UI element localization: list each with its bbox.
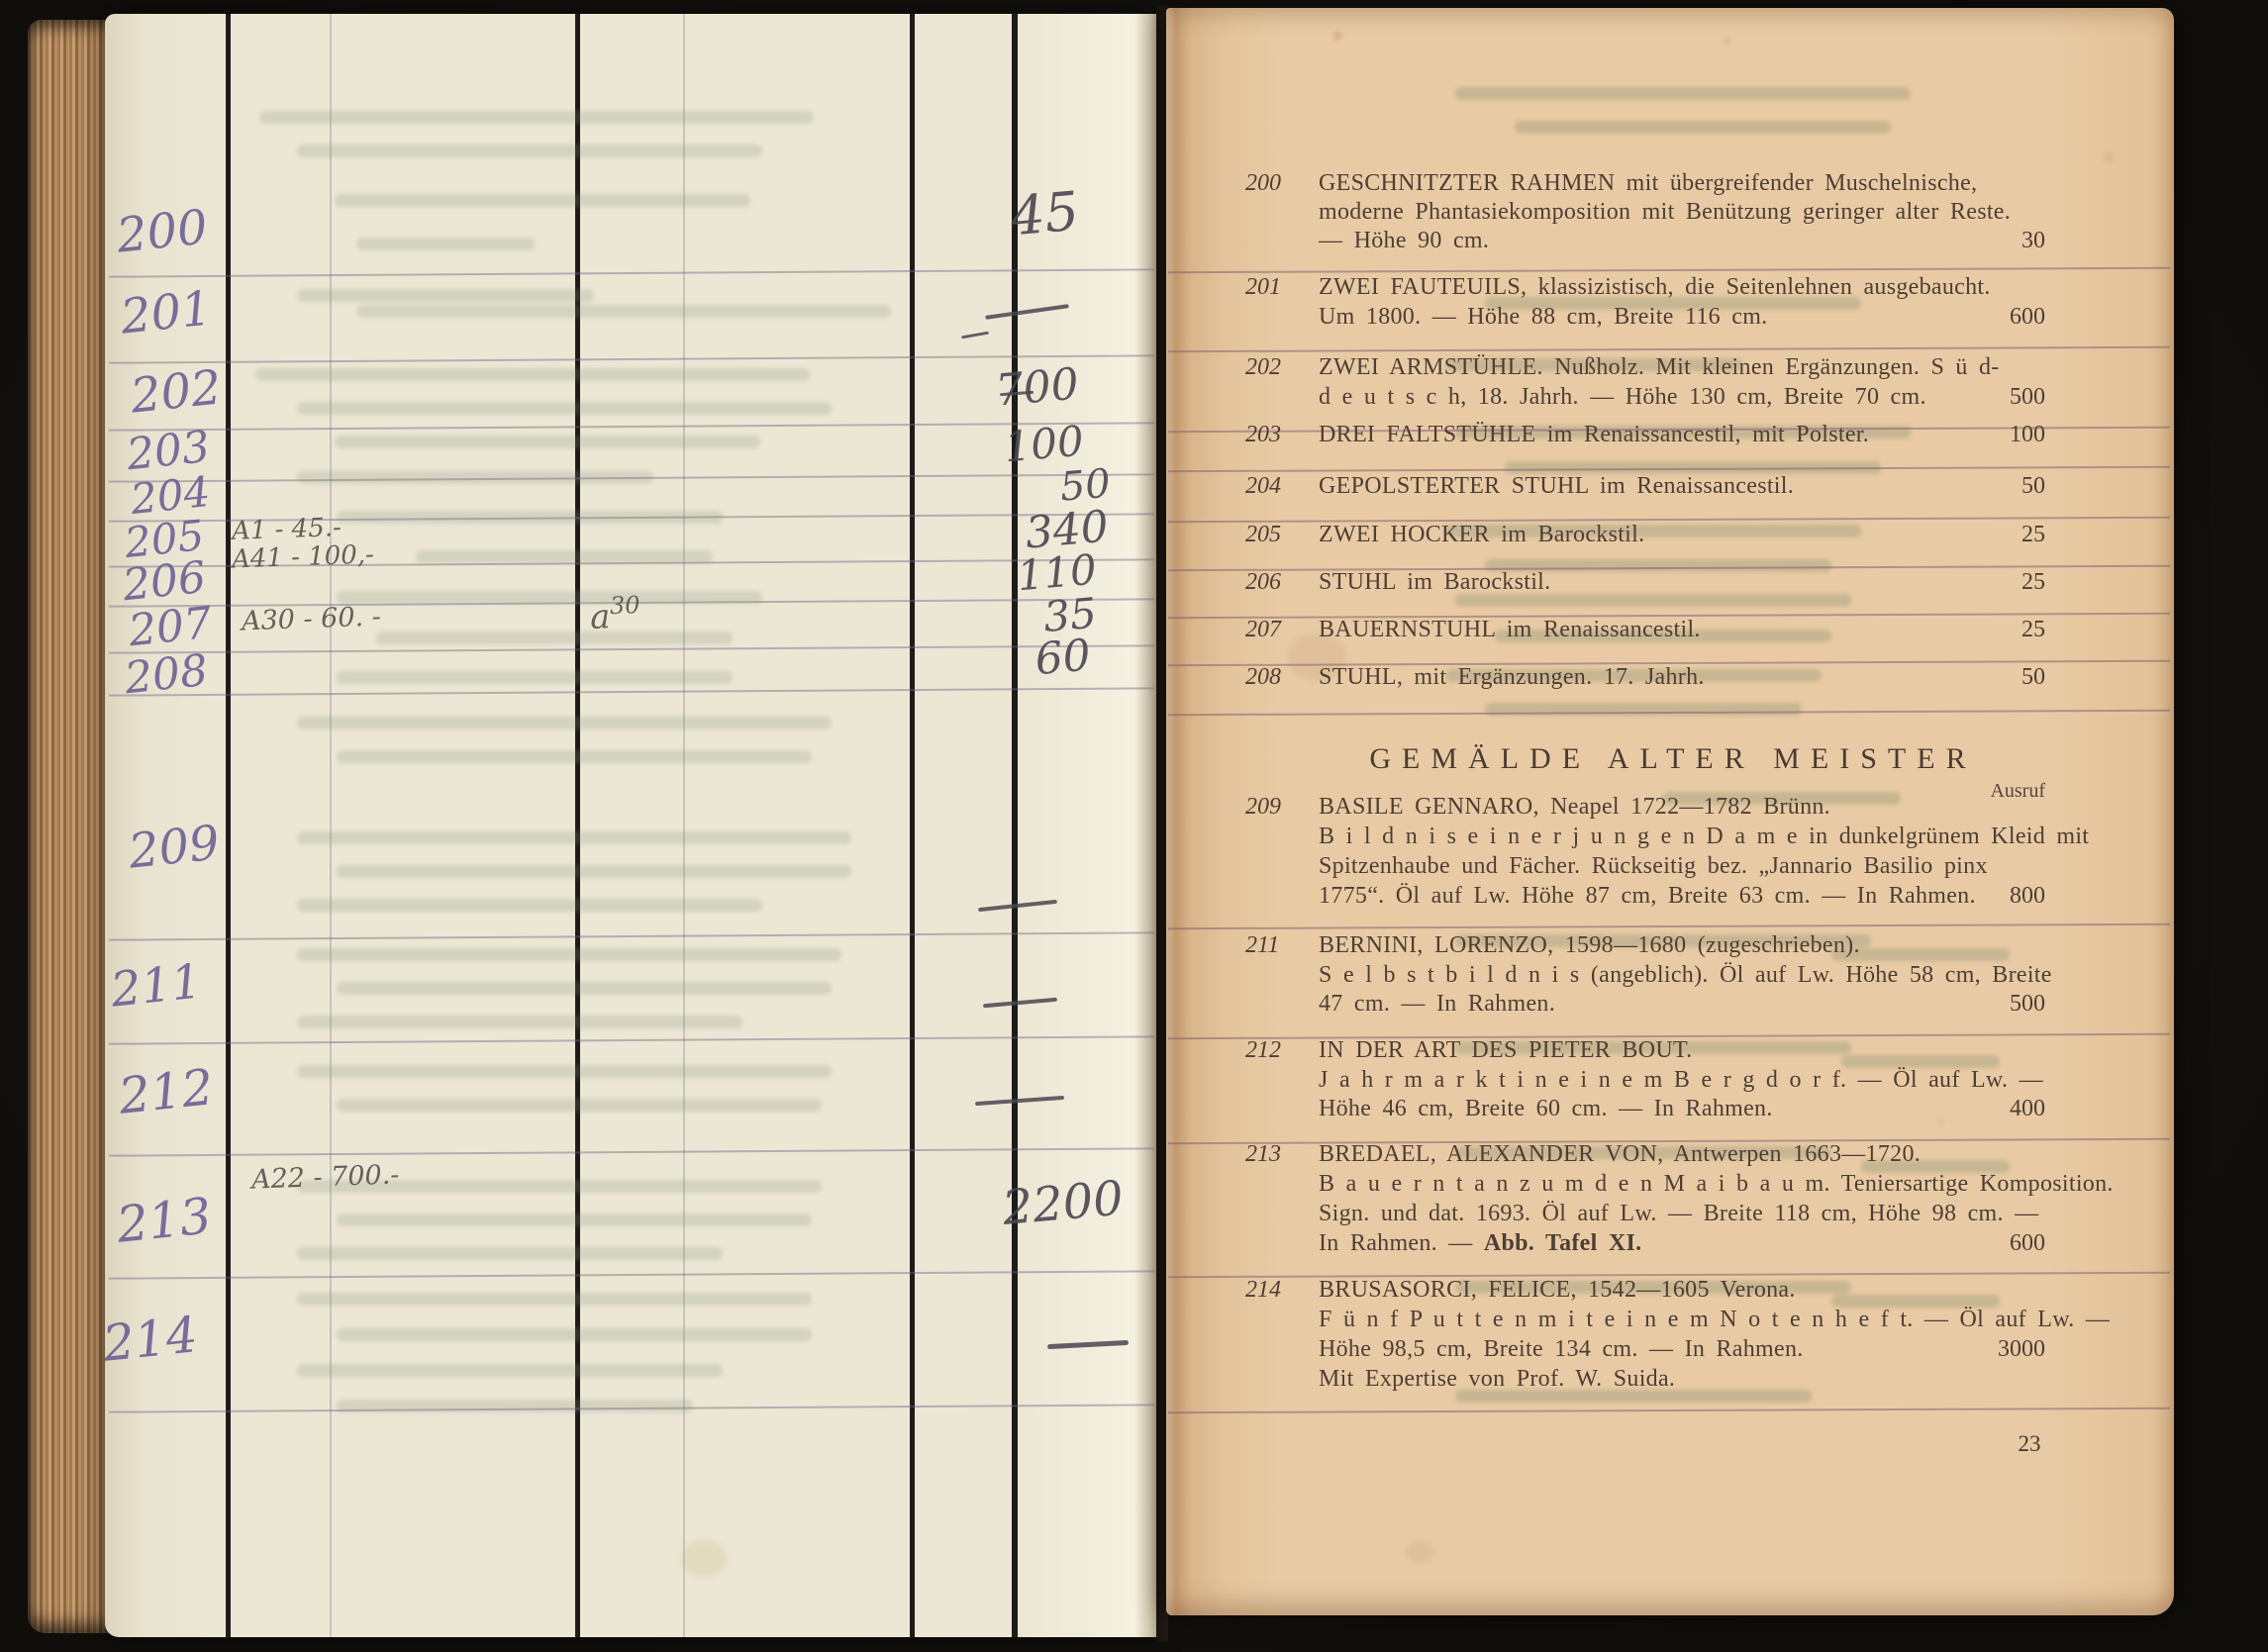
section-heading: GEMÄLDE ALTER MEISTER bbox=[1307, 742, 2039, 776]
entry-price: 100 bbox=[1881, 422, 2045, 448]
entry-line: J a h r m a r k t i n e i n e m B e r g … bbox=[1319, 1067, 2091, 1094]
stain bbox=[1406, 1540, 1435, 1564]
book-spread: GEMÄLDE ALTER MEISTER Ausruf 23 200GESCH… bbox=[0, 0, 2268, 1652]
lot-number: 204 bbox=[1245, 473, 1309, 500]
lot-number: 203 bbox=[1245, 422, 1309, 448]
stain bbox=[1334, 34, 1340, 39]
column-rule bbox=[910, 14, 915, 1637]
entry-line: B a u e r n t a n z u m d e n M a i b a … bbox=[1319, 1171, 2091, 1198]
entry-line: BRUSASORCI, FELICE, 1542—1605 Verona. bbox=[1319, 1277, 2091, 1304]
handwritten-lot-number: 201 bbox=[119, 284, 214, 340]
handwritten-lot-number: 209 bbox=[127, 819, 222, 875]
entry-line: S e l b s t b i l d n i s (angeblich). Ö… bbox=[1319, 962, 2091, 989]
show-through-text bbox=[337, 1214, 812, 1226]
lot-number: 200 bbox=[1245, 170, 1309, 197]
show-through-text bbox=[337, 591, 762, 604]
entry-line: BREDAEL, ALEXANDER VON, Antwerpen 1663—1… bbox=[1319, 1141, 2091, 1168]
entry-line: Mit Expertise von Prof. W. Suida. bbox=[1319, 1366, 2091, 1393]
show-through-text bbox=[255, 368, 810, 381]
lot-number: 205 bbox=[1245, 522, 1309, 548]
handwritten-lot-number: 212 bbox=[117, 1062, 216, 1121]
column-rule bbox=[1012, 14, 1018, 1637]
entry-price: 600 bbox=[1881, 1230, 2045, 1257]
lot-number: 206 bbox=[1245, 569, 1309, 596]
entry-line: ZWEI ARMSTÜHLE. Nußholz. Mit kleinen Erg… bbox=[1319, 354, 2091, 381]
margin-note: a30 bbox=[589, 593, 641, 634]
show-through-text bbox=[297, 145, 762, 157]
show-through-text bbox=[337, 750, 812, 763]
show-through-text bbox=[297, 831, 851, 844]
show-through-text bbox=[337, 671, 733, 684]
column-rule bbox=[226, 14, 231, 1637]
show-through-text bbox=[337, 865, 851, 878]
entry-line: F ü n f P u t t e n m i t e i n e m N o … bbox=[1319, 1307, 2091, 1333]
entry-price: 600 bbox=[1881, 304, 2045, 331]
entry-price: 50 bbox=[1881, 664, 2045, 691]
show-through-text bbox=[259, 111, 814, 124]
handwritten-lot-number: 213 bbox=[115, 1191, 214, 1250]
show-through-text bbox=[335, 194, 750, 207]
show-through-text bbox=[356, 305, 891, 318]
column-rule bbox=[575, 14, 580, 1637]
show-through-text bbox=[297, 948, 841, 961]
entry-line: moderne Phantasiekomposition mit Benützu… bbox=[1319, 199, 2091, 226]
stain bbox=[681, 1540, 727, 1577]
margin-note: A41 - 100,- bbox=[232, 541, 375, 572]
page-number: 23 bbox=[1975, 1431, 2084, 1457]
show-through-text bbox=[356, 238, 535, 250]
entry-price: 25 bbox=[1881, 617, 2045, 643]
column-rule-faint bbox=[683, 14, 685, 1637]
entry-line: BERNINI, LORENZO, 1598—1680 (zugeschrieb… bbox=[1319, 932, 2091, 959]
entry-price: 400 bbox=[1881, 1096, 2045, 1122]
show-through-text bbox=[297, 402, 832, 415]
entry-price: 500 bbox=[1881, 991, 2045, 1018]
entry-price: 25 bbox=[1881, 522, 2045, 548]
entry-line-bold: Abb. Tafel XI. bbox=[1484, 1230, 1642, 1256]
lot-number: 208 bbox=[1245, 664, 1309, 691]
entry-line: Spitzenhaube und Fächer. Rückseitig bez.… bbox=[1319, 853, 2091, 880]
show-through-text bbox=[337, 1328, 812, 1341]
show-through-text bbox=[297, 289, 594, 302]
margin-note-sup: 30 bbox=[610, 591, 641, 620]
lot-number: 211 bbox=[1245, 932, 1309, 959]
show-through-text bbox=[297, 1293, 812, 1306]
lot-number: 209 bbox=[1245, 794, 1309, 821]
lot-number: 214 bbox=[1245, 1277, 1309, 1304]
entry-line: ZWEI FAUTEUILS, klassizistisch, die Seit… bbox=[1319, 274, 2091, 301]
show-through-text bbox=[416, 550, 713, 563]
margin-note: A1 - 45.- bbox=[232, 515, 343, 544]
lot-number: 207 bbox=[1245, 617, 1309, 643]
entry-price: 800 bbox=[1881, 883, 2045, 910]
entry-price: 50 bbox=[1881, 473, 2045, 500]
show-through-text bbox=[297, 1016, 742, 1028]
handwritten-lot-number: 200 bbox=[115, 203, 210, 259]
show-through-text bbox=[297, 471, 653, 484]
handwritten-lot-number: 211 bbox=[109, 957, 204, 1014]
lot-number: 213 bbox=[1245, 1141, 1309, 1168]
margin-note: A22 - 700.- bbox=[251, 1161, 400, 1193]
handwritten-lot-number: 208 bbox=[123, 649, 210, 702]
show-through-text bbox=[337, 1099, 822, 1112]
entry-line: GESCHNITZTER RAHMEN mit übergreifender M… bbox=[1319, 170, 2091, 197]
show-through-text bbox=[297, 899, 762, 912]
show-through-text bbox=[337, 511, 723, 524]
entry-price: 30 bbox=[1881, 228, 2045, 254]
entry-price: 500 bbox=[1881, 384, 2045, 411]
show-through-text bbox=[337, 1400, 693, 1412]
handwritten-lot-number: 214 bbox=[101, 1310, 200, 1369]
entry-line: Sign. und dat. 1693. Öl auf Lw. — Breite… bbox=[1319, 1201, 2091, 1227]
entry-line: IN DER ART DES PIETER BOUT. bbox=[1319, 1037, 2091, 1064]
show-through-text bbox=[1455, 87, 1911, 100]
lot-number: 202 bbox=[1245, 354, 1309, 381]
column-rule-faint bbox=[330, 14, 332, 1637]
show-through-text bbox=[376, 632, 733, 644]
show-through-text bbox=[297, 1364, 723, 1377]
show-through-text bbox=[335, 436, 760, 448]
ledger-page bbox=[105, 14, 1156, 1637]
lot-number: 212 bbox=[1245, 1037, 1309, 1064]
margin-note: A30 - 60. - bbox=[242, 604, 382, 635]
entry-line: B i l d n i s e i n e r j u n g e n D a … bbox=[1319, 824, 2091, 850]
show-through-text bbox=[297, 1247, 723, 1260]
lot-number: 201 bbox=[1245, 274, 1309, 301]
show-through-text bbox=[297, 1065, 832, 1078]
stain bbox=[1725, 40, 1729, 44]
show-through-text bbox=[297, 717, 832, 729]
page-stack-edge bbox=[28, 20, 113, 1633]
entry-price: 3000 bbox=[1881, 1336, 2045, 1363]
entry-price: 25 bbox=[1881, 569, 2045, 596]
show-through-text bbox=[337, 982, 832, 995]
handwritten-lot-number: 202 bbox=[129, 363, 224, 420]
show-through-text bbox=[1515, 121, 1891, 134]
entry-line: BASILE GENNARO, Neapel 1722—1782 Brünn. bbox=[1319, 794, 2091, 821]
